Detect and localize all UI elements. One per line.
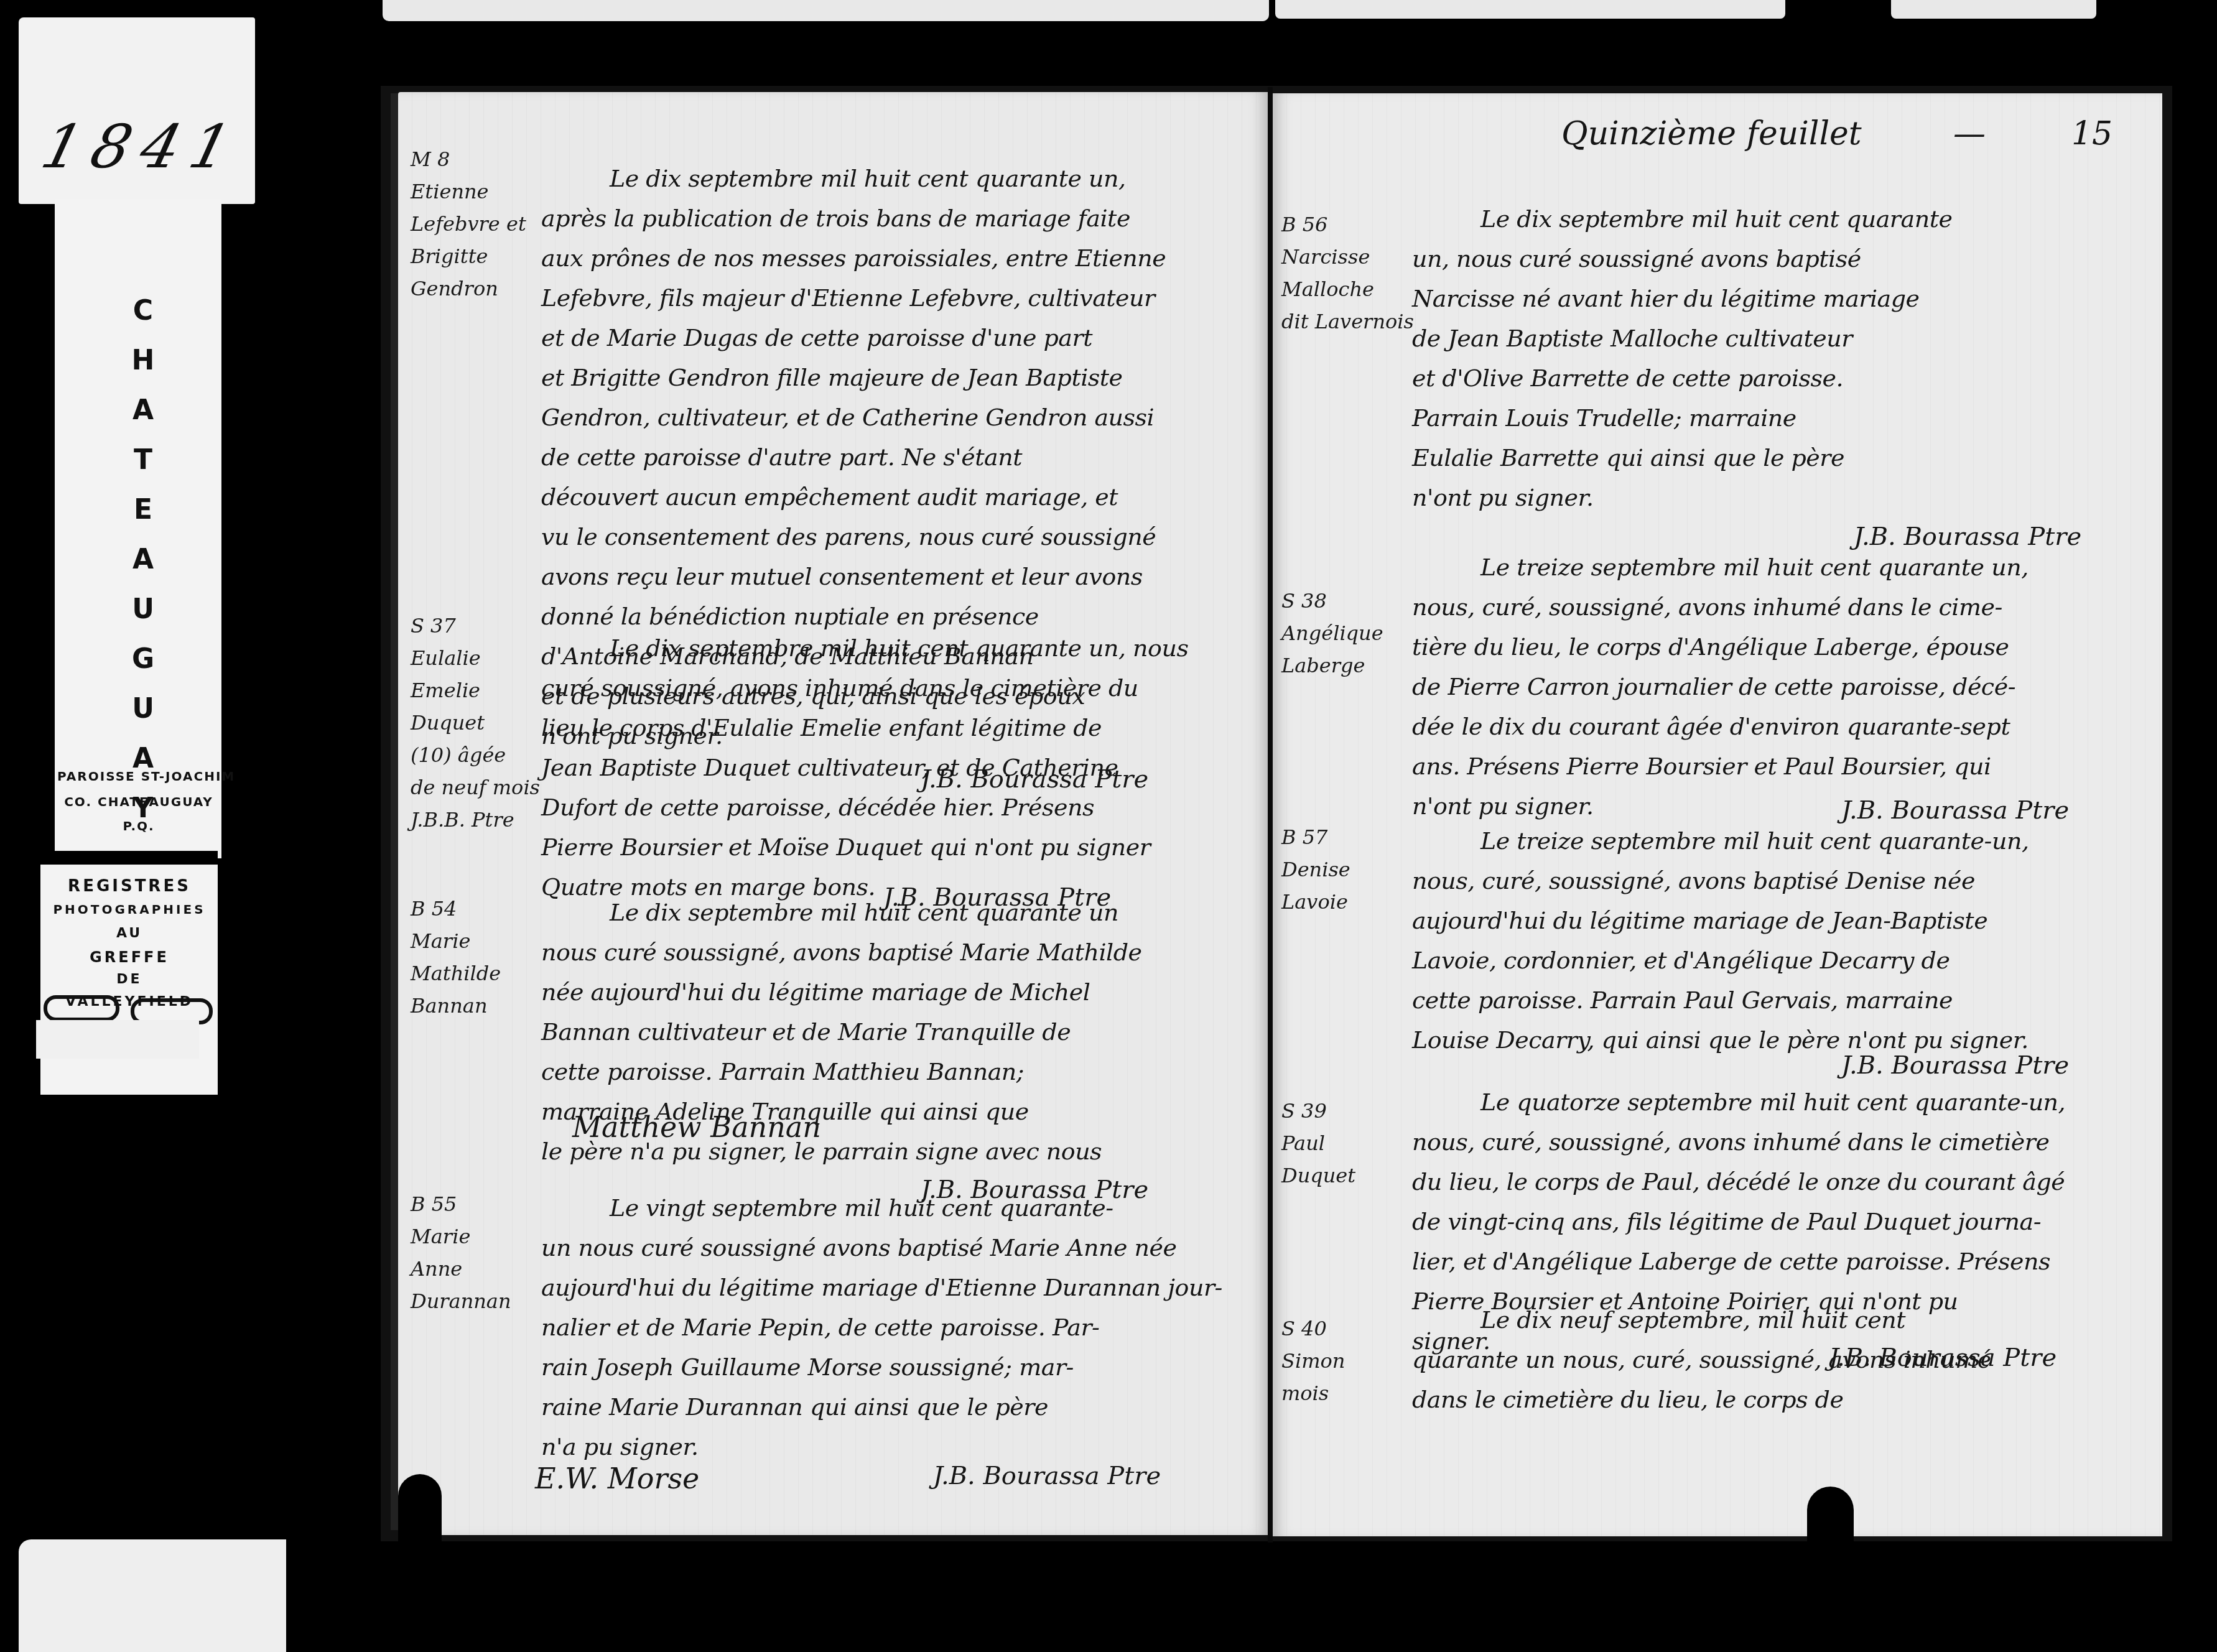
parish-name: PAROISSE ST-JOACHIM (57, 769, 220, 784)
entry-line: Le dix septembre mil huit cent quarante … (541, 628, 1188, 668)
archive-label-blank (36, 1020, 199, 1059)
entry-line: Lefebvre, fils majeur d'Etienne Lefebvre… (541, 278, 1166, 318)
entry-line: un nous curé soussigné avons baptisé Mar… (541, 1228, 1222, 1268)
margin-annotation: B 57DeniseLavoie (1281, 821, 1406, 918)
margin-line: B 57 (1281, 821, 1406, 853)
entry-text: Le vingt septembre mil huit cent quarant… (541, 1188, 1222, 1467)
entry-text: Le treize septembre mil huit cent quaran… (1412, 821, 2029, 1060)
place-letter: H (124, 336, 162, 386)
archive-line-de: DE (42, 972, 216, 987)
margin-line: Malloche (1281, 273, 1406, 305)
entry-line: Bannan cultivateur et de Marie Tranquill… (541, 1012, 1142, 1052)
margin-line: Bannan (411, 990, 535, 1022)
thumb-shadow-right (1807, 1487, 1854, 1549)
entry-line: et Brigitte Gendron fille majeure de Jea… (541, 358, 1166, 397)
margin-line: Gendron (411, 272, 535, 305)
entry-text: Le dix septembre mil huit cent quaranteu… (1412, 199, 1952, 517)
margin-line: Anne (411, 1253, 535, 1285)
year-tag-text: 1841 (35, 112, 249, 182)
previous-page-edge-left (383, 0, 1269, 21)
witness-signature: E.W. Morse (535, 1462, 699, 1495)
margin-line: S 40 (1281, 1312, 1406, 1345)
entry-text: Le dix neuf septembre, mil huit centquar… (1412, 1300, 1991, 1419)
place-name-vertical: CHATEAUGUAY (124, 286, 162, 833)
page-number: 15 (2071, 115, 2112, 152)
margin-line: B 56 (1281, 208, 1406, 241)
margin-line: S 37 (411, 610, 535, 642)
margin-annotation: B 56NarcisseMallochedit Lavernois (1281, 208, 1406, 338)
margin-line: S 39 (1281, 1095, 1406, 1127)
place-letter: G (124, 634, 162, 684)
place-letter: A (124, 386, 162, 435)
entry-line: rain Joseph Guillaume Morse soussigné; m… (541, 1347, 1222, 1387)
entry-line: Parrain Louis Trudelle; marraine (1412, 398, 1952, 438)
entry-text: Le dix septembre mil huit cent quarante … (541, 628, 1188, 907)
margin-line: Marie (411, 1220, 535, 1253)
margin-annotation: M 8EtienneLefebvre etBrigitteGendron (411, 143, 535, 305)
entry-line: Gendron, cultivateur, et de Catherine Ge… (541, 397, 1166, 437)
place-letter: A (124, 535, 162, 585)
entry-line: nalier et de Marie Pepin, de cette paroi… (541, 1307, 1222, 1347)
margin-line: Emelie (411, 674, 535, 707)
entry-line: quarante un nous, curé, soussigné, avons… (1412, 1340, 1991, 1380)
entry-line: et de Marie Dugas de cette paroisse d'un… (541, 318, 1166, 358)
entry-line: Le dix septembre mil huit cent quarante (1412, 199, 1952, 239)
entry-line: cette paroisse. Parrain Matthieu Bannan; (541, 1052, 1142, 1092)
priest-signature: J.B. Bourassa Ptre (933, 1462, 1161, 1490)
entry-line: lieu le corps d'Eulalie Emelie enfant lé… (541, 708, 1188, 748)
entry-line: Le vingt septembre mil huit cent quarant… (541, 1188, 1222, 1228)
entry-line: Dufort de cette paroisse, décédée hier. … (541, 787, 1188, 827)
margin-line: S 38 (1281, 585, 1406, 617)
entry-line: Eulalie Barrette qui ainsi que le père (1412, 438, 1952, 478)
entry-line: Le dix septembre mil huit cent quarante … (541, 893, 1142, 932)
entry-text: Le treize septembre mil huit cent quaran… (1412, 547, 2029, 826)
entry-line: lier, et d'Angélique Laberge de cette pa… (1412, 1241, 2065, 1281)
header-dash: — (1953, 115, 1986, 152)
margin-line: Paul (1281, 1127, 1406, 1159)
margin-line: Mathilde (411, 957, 535, 990)
margin-annotation: B 54MarieMathildeBannan (411, 893, 535, 1022)
entry-line: nous, curé, soussigné, avons inhumé dans… (1412, 1122, 2065, 1162)
archive-line-au: AU (42, 926, 216, 941)
entry-line: raine Marie Durannan qui ainsi que le pè… (541, 1387, 1222, 1427)
margin-line: Duquet (411, 707, 535, 739)
margin-line: Marie (411, 925, 535, 957)
entry-line: découvert aucun empêchement audit mariag… (541, 477, 1166, 517)
margin-line: Narcisse (1281, 241, 1406, 273)
margin-line: Simon (1281, 1345, 1406, 1377)
entry-line: aujourd'hui du légitime mariage d'Etienn… (541, 1268, 1222, 1307)
entry-line: Jean Baptiste Duquet cultivateur, et de … (541, 748, 1188, 787)
witness-signature: Matthew Bannan (572, 1110, 821, 1144)
entry-line: tière du lieu, le corps d'Angélique Labe… (1412, 627, 2029, 667)
place-letter: E (124, 485, 162, 535)
entry-line: cette paroisse. Parrain Paul Gervais, ma… (1412, 980, 2029, 1020)
entry-line: aux prônes de nos messes paroissiales, e… (541, 238, 1166, 278)
margin-line: B 55 (411, 1188, 535, 1220)
place-letter: C (124, 286, 162, 336)
entry-line: dée le dix du courant âgée d'environ qua… (1412, 707, 2029, 746)
entry-line: et d'Olive Barrette de cette paroisse. (1412, 358, 1952, 398)
entry-line: Le quatorze septembre mil huit cent quar… (1412, 1082, 2065, 1122)
province-name: P.Q. (57, 819, 220, 833)
entry-line: Le dix septembre mil huit cent quarante … (541, 159, 1166, 198)
place-letter: U (124, 684, 162, 734)
margin-line: B 54 (411, 893, 535, 925)
entry-line: Pierre Boursier et Moïse Duquet qui n'on… (541, 827, 1188, 867)
entry-line: nous, curé, soussigné, avons inhumé dans… (1412, 587, 2029, 627)
entry-line: un, nous curé soussigné avons baptisé (1412, 239, 1952, 279)
entry-line: du lieu, le corps de Paul, décédé le onz… (1412, 1162, 2065, 1202)
margin-line: dit Lavernois (1281, 305, 1406, 338)
entry-line: nous curé soussigné, avons baptisé Marie… (541, 932, 1142, 972)
entry-line: après la publication de trois bans de ma… (541, 198, 1166, 238)
margin-line: Lefebvre et (411, 208, 535, 240)
place-letter: U (124, 585, 162, 634)
entry-line: née aujourd'hui du légitime mariage de M… (541, 972, 1142, 1012)
entry-line: Le treize septembre mil huit cent quaran… (1412, 821, 2029, 861)
previous-page-edge-right (1275, 0, 1785, 19)
margin-line: Lavoie (1281, 886, 1406, 918)
entry-line: n'a pu signer. (541, 1427, 1222, 1467)
margin-line: Etienne (411, 175, 535, 208)
margin-line: de neuf mois (411, 771, 535, 804)
entry-line: aujourd'hui du légitime mariage de Jean-… (1412, 901, 2029, 940)
entry-line: Narcisse né avant hier du légitime maria… (1412, 279, 1952, 318)
entry-line: de cette paroisse d'autre part. Ne s'éta… (541, 437, 1166, 477)
archive-line-greffe: GREFFE (42, 949, 216, 966)
entry-line: n'ont pu signer. (1412, 478, 1952, 517)
margin-line: mois (1281, 1377, 1406, 1409)
margin-line: J.B.B. Ptre (411, 804, 535, 836)
label-divider (44, 851, 218, 862)
margin-annotation: S 39PaulDuquet (1281, 1095, 1406, 1192)
previous-page-edge-right-2 (1891, 0, 2096, 19)
paper-clip-icon (44, 995, 119, 1021)
margin-line: M 8 (411, 143, 535, 175)
entry-line: de vingt-cinq ans, fils légitime de Paul… (1412, 1202, 2065, 1241)
archive-line-registres: REGISTRES (42, 877, 216, 896)
entry-line: dans le cimetière du lieu, le corps de (1412, 1380, 1991, 1419)
book-gutter (1268, 87, 1273, 1543)
entry-line: avons reçu leur mutuel consentement et l… (541, 557, 1166, 596)
margin-annotation: S 38AngéliqueLaberge (1281, 585, 1406, 682)
page-header: Quinzième feuillet (1561, 115, 1862, 152)
county-name: CO. CHATEAUGUAY (57, 794, 220, 809)
next-label-edge (19, 1539, 286, 1652)
entry-line: Lavoie, cordonnier, et d'Angélique Decar… (1412, 940, 2029, 980)
margin-line: Denise (1281, 853, 1406, 886)
margin-line: Duquet (1281, 1159, 1406, 1192)
entry-line: nous, curé, soussigné, avons baptisé Den… (1412, 861, 2029, 901)
margin-annotation: S 40Simonmois (1281, 1312, 1406, 1409)
archive-line-photographies: PHOTOGRAPHIES (42, 902, 216, 917)
priest-signature: J.B. Bourassa Ptre (1841, 1051, 2069, 1080)
thumb-shadow-left (398, 1474, 442, 1543)
margin-line: (10) âgée (411, 739, 535, 771)
entry-line: de Jean Baptiste Malloche cultivateur (1412, 318, 1952, 358)
entry-line: curé soussigné, avons inhumé dans le cim… (541, 668, 1188, 708)
entry-line: vu le consentement des parens, nous curé… (541, 517, 1166, 557)
margin-line: Angélique (1281, 617, 1406, 649)
entry-line: ans. Présens Pierre Boursier et Paul Bou… (1412, 746, 2029, 786)
entry-line: Le treize septembre mil huit cent quaran… (1412, 547, 2029, 587)
margin-line: Laberge (1281, 649, 1406, 682)
entry-line: de Pierre Carron journalier de cette par… (1412, 667, 2029, 707)
margin-annotation: B 55MarieAnneDurannan (411, 1188, 535, 1317)
margin-line: Eulalie (411, 642, 535, 674)
margin-line: Brigitte (411, 240, 535, 272)
margin-line: Durannan (411, 1285, 535, 1317)
place-letter: T (124, 435, 162, 485)
margin-annotation: S 37EulalieEmelieDuquet(10) âgéede neuf … (411, 610, 535, 836)
entry-line: Le dix neuf septembre, mil huit cent (1412, 1300, 1991, 1340)
